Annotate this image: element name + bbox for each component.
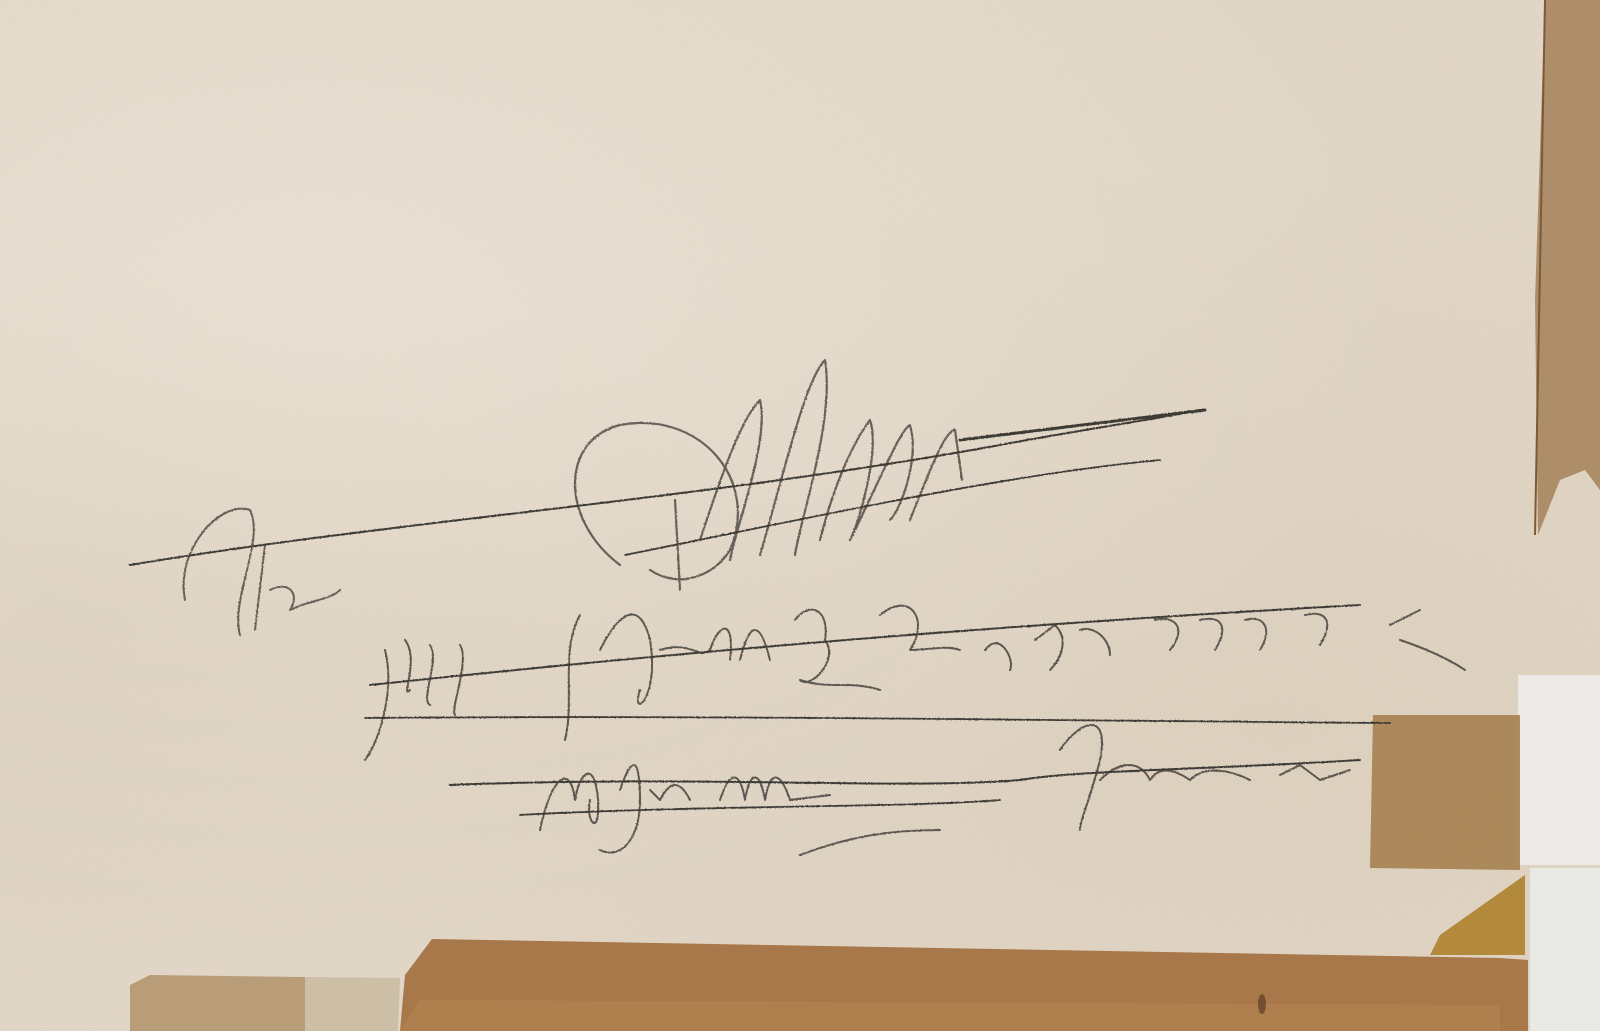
tape-square xyxy=(1370,715,1520,870)
paper-texture xyxy=(0,0,1600,1031)
cloth-tape-right xyxy=(1518,675,1600,1031)
tape-right-top xyxy=(1535,0,1600,535)
artwork-back-illustration xyxy=(0,0,1600,1031)
